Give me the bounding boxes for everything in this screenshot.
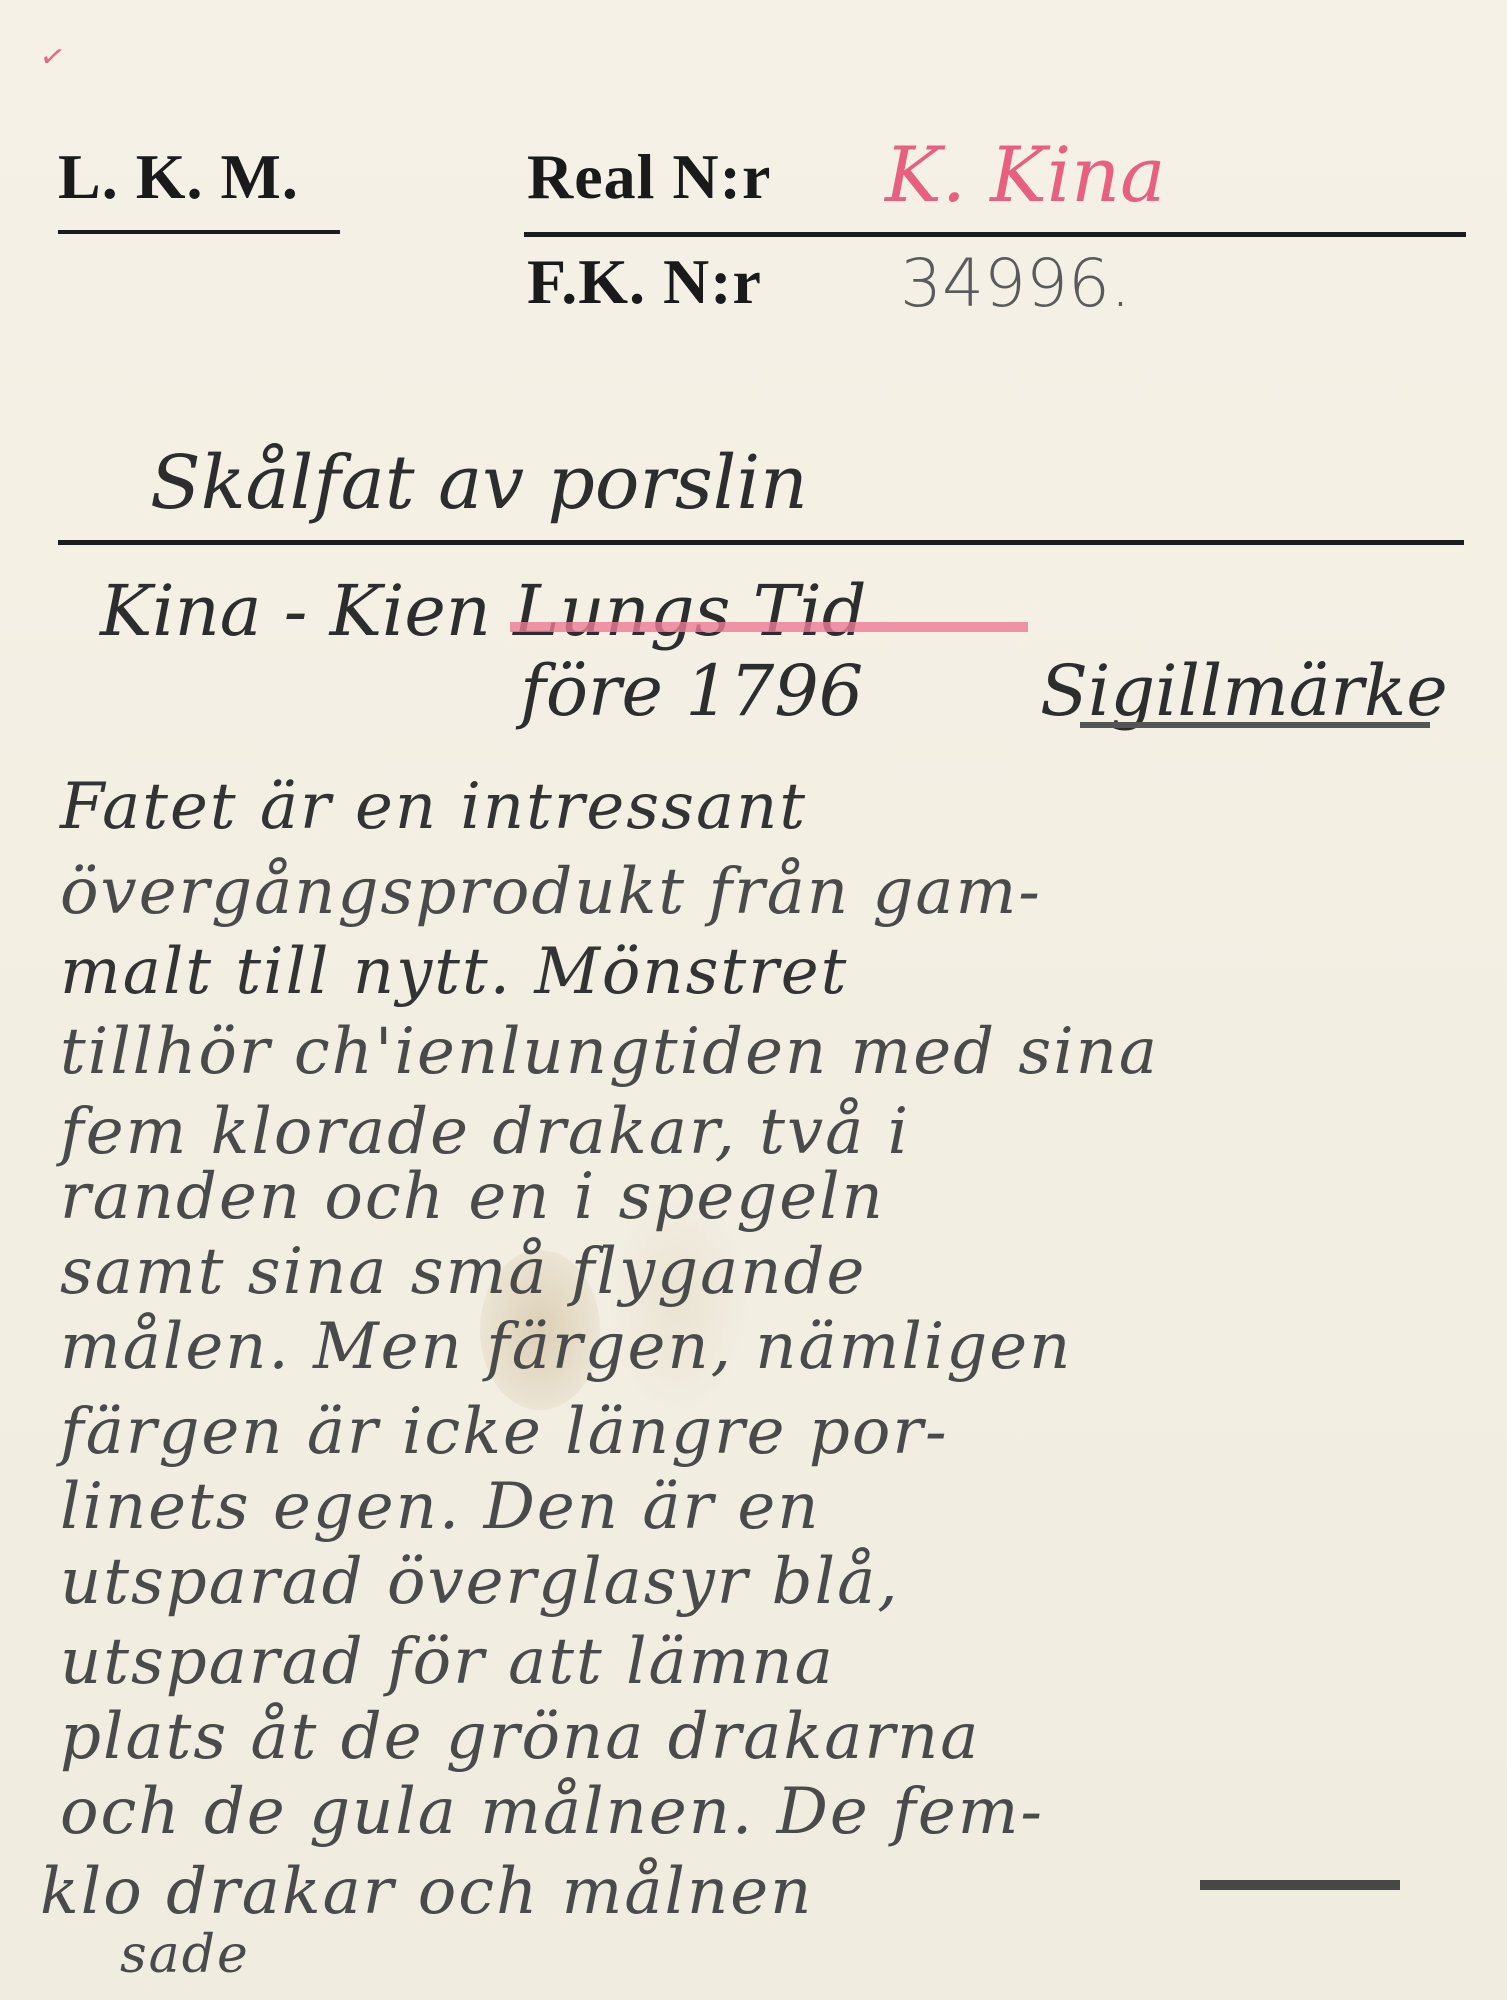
body-line: övergångsprodukt från gam-: [60, 855, 1042, 929]
title-rule: [58, 540, 1464, 545]
body-line: sade: [120, 1925, 250, 1985]
struck-out-word: [1200, 1880, 1400, 1890]
body-line: randen och en i spegeln: [60, 1160, 885, 1234]
body-line: färgen är icke längre por-: [60, 1395, 949, 1469]
real-nr-label: Real N:r: [527, 140, 771, 214]
header-rule-right: [524, 232, 1466, 237]
museum-abbrev: L. K. M.: [58, 140, 299, 214]
object-title: Skålfat av porslin: [150, 440, 808, 526]
body-line: utsparad för att lämna: [60, 1625, 835, 1699]
body-line: linets egen. Den är en: [60, 1470, 821, 1544]
fk-nr-value: 34996.: [900, 245, 1131, 322]
header-rule-left: [58, 230, 340, 234]
body-line: samt sina små flygande: [60, 1235, 866, 1309]
body-line: malt till nytt. Mönstret: [60, 935, 848, 1009]
body-line: plats åt de gröna drakarna: [60, 1700, 980, 1774]
catalog-card: ✓ L. K. M. Real N:r K. Kina F.K. N:r 349…: [0, 0, 1507, 2000]
body-line: tillhör ch'ienlungtiden med sina: [60, 1015, 1159, 1089]
body-line: fem klorade drakar, två i: [60, 1095, 910, 1169]
date-note: före 1796: [520, 650, 863, 732]
body-line: Fatet är en intressant: [60, 770, 807, 844]
body-line: utsparad överglasyr blå,: [60, 1545, 900, 1619]
body-line: och de gula målnen. De fem-: [60, 1775, 1044, 1849]
seal-mark-underline: [1080, 722, 1430, 728]
body-line: målen. Men färgen, nämligen: [60, 1310, 1072, 1384]
origin-period: Kina - Kien Lungs Tid: [100, 570, 867, 652]
red-underline: [510, 622, 1028, 632]
seal-mark-note: Sigillmärke: [1040, 650, 1448, 732]
body-line: klo drakar och målnen: [40, 1855, 813, 1929]
fk-nr-label: F.K. N:r: [527, 245, 762, 319]
check-mark-icon: ✓: [37, 38, 68, 77]
real-nr-value: K. Kina: [885, 130, 1165, 219]
